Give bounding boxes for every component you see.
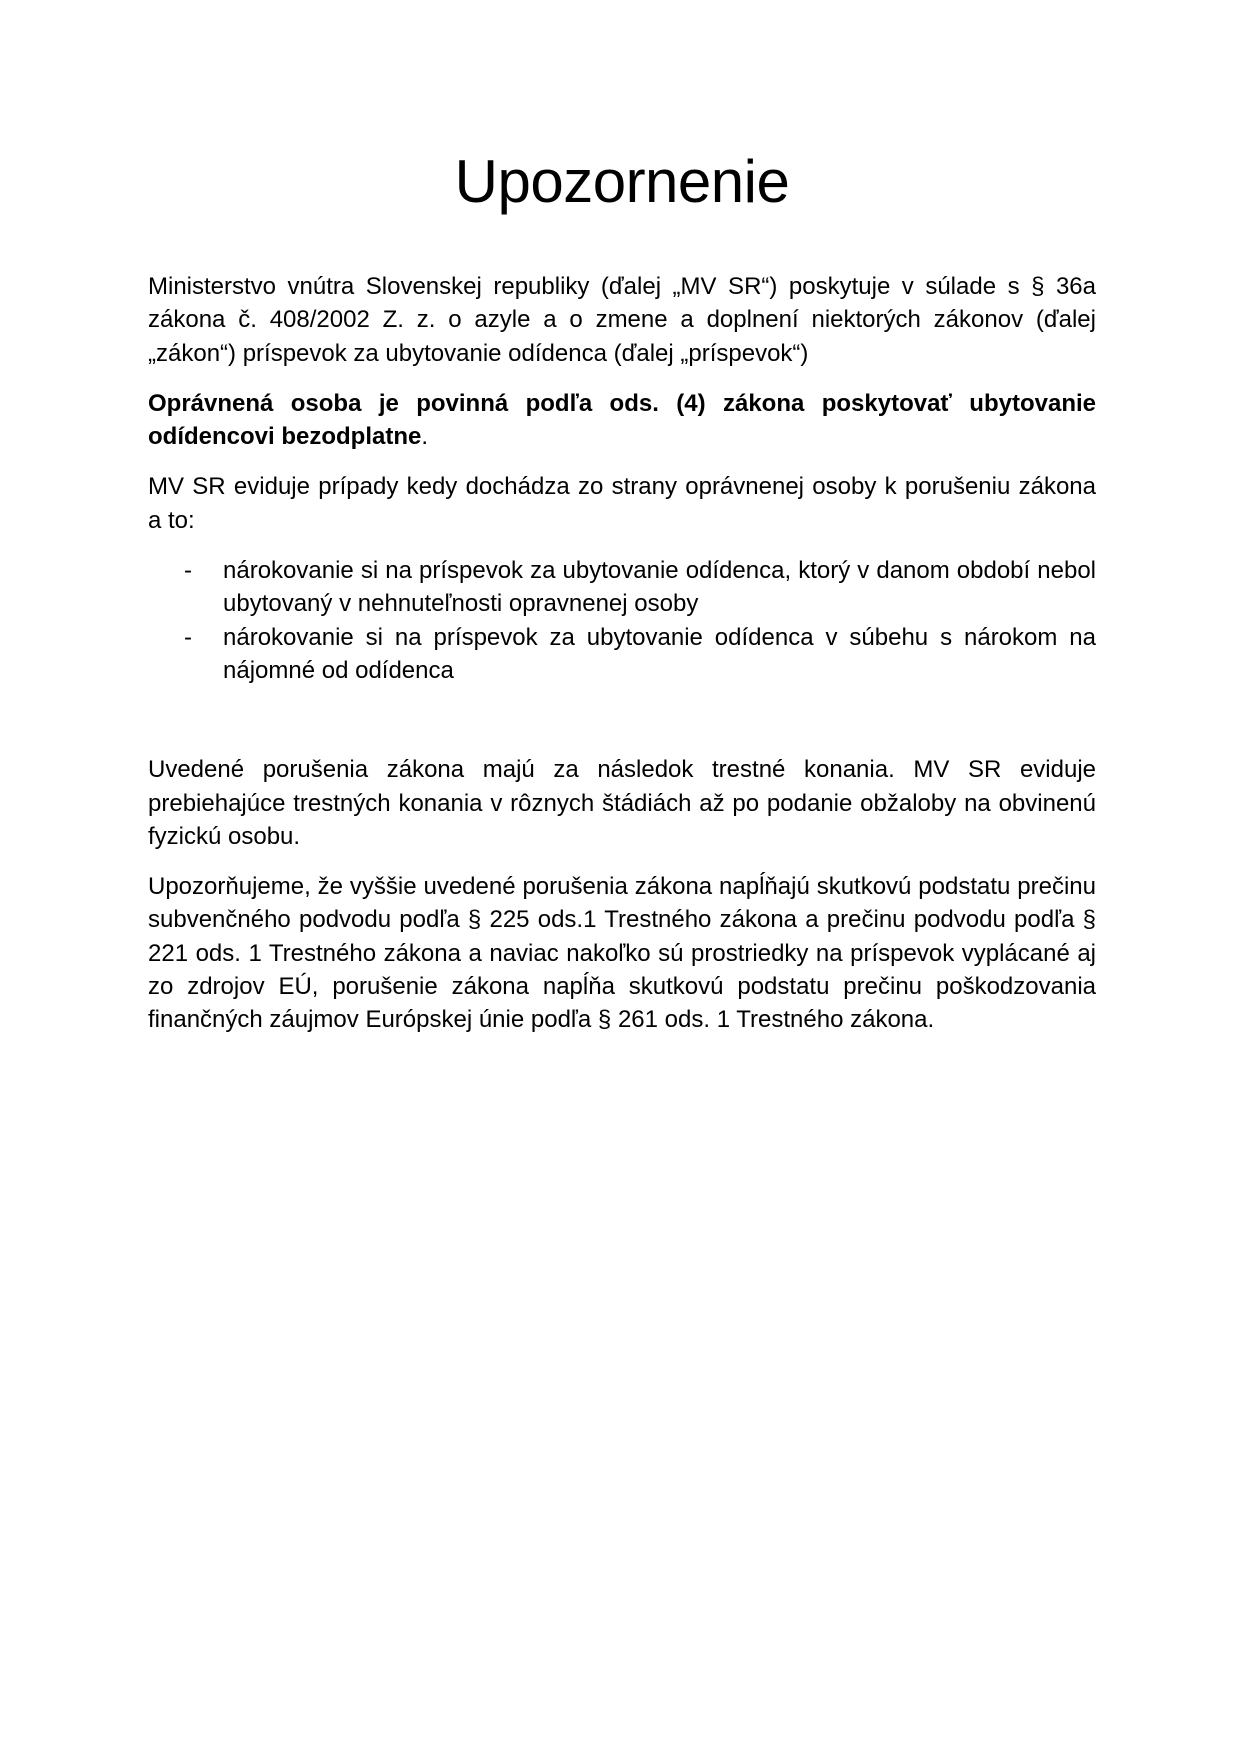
warning-paragraph: Upozorňujeme, že vyššie uvedené porušeni… xyxy=(148,870,1096,1036)
intro-paragraph: Ministerstvo vnútra Slovenskej republiky… xyxy=(148,270,1096,370)
violations-list: - nárokovanie si na príspevok za ubytova… xyxy=(148,554,1096,687)
list-item: - nárokovanie si na príspevok za ubytova… xyxy=(148,554,1096,621)
consequences-paragraph: Uvedené porušenia zákona majú za následo… xyxy=(148,753,1096,853)
violations-intro-paragraph: MV SR eviduje prípady kedy dochádza zo s… xyxy=(148,470,1096,537)
obligation-bold-text: Oprávnená osoba je povinná podľa ods. (4… xyxy=(148,390,1096,450)
list-item-text: nárokovanie si na príspevok za ubytovani… xyxy=(223,624,1096,684)
obligation-end-punctuation: . xyxy=(421,423,428,450)
dash-bullet-icon: - xyxy=(184,621,192,654)
blank-spacer xyxy=(148,687,1096,753)
list-item-text: nárokovanie si na príspevok za ubytovani… xyxy=(223,557,1096,617)
list-item: - nárokovanie si na príspevok za ubytova… xyxy=(148,621,1096,688)
document-body: Ministerstvo vnútra Slovenskej republiky… xyxy=(148,270,1096,1054)
dash-bullet-icon: - xyxy=(184,554,192,587)
document-title: Upozornenie xyxy=(148,147,1096,217)
obligation-paragraph: Oprávnená osoba je povinná podľa ods. (4… xyxy=(148,387,1096,454)
